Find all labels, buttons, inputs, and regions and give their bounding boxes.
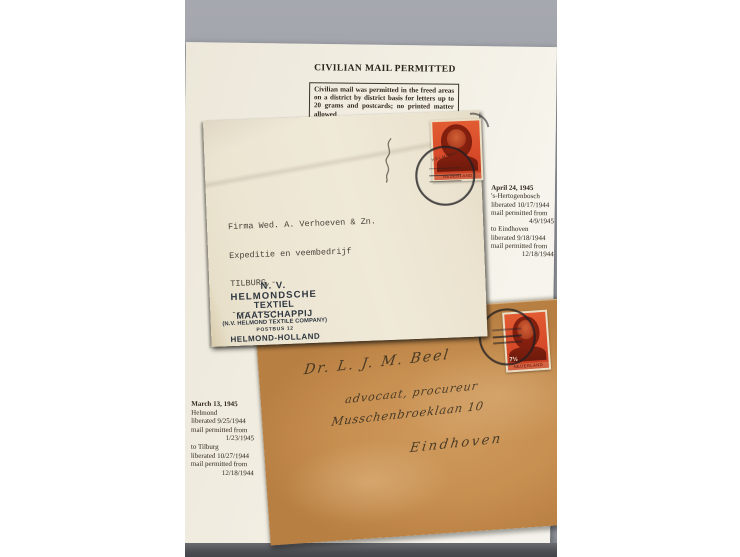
envelope-helmond-tilburg: Firma Wed. A. Verhoeven & Zn. Expeditie … <box>203 110 487 346</box>
typed-address-line: Firma Wed. A. Verhoeven & Zn. <box>228 217 376 232</box>
typed-address-line: Expeditie en veembedrijf <box>229 246 377 261</box>
note-march-1945: March 13, 1945 Helmond liberated 9/25/19… <box>191 400 256 478</box>
note-line: 12/18/1944 <box>191 469 255 478</box>
note-line: 's-Hertogenbosch <box>491 192 555 201</box>
note-line: liberated 9/25/1944 <box>191 417 255 426</box>
note-line: mail permitted from <box>491 209 555 218</box>
note-date: March 13, 1945 <box>191 400 255 409</box>
table-background <box>185 543 557 557</box>
note-line: to Eindhoven <box>491 225 555 234</box>
pencil-mark <box>377 135 401 184</box>
note-line: mail permitted from <box>191 426 255 435</box>
note-line: 12/18/1944 <box>491 250 555 259</box>
note-line: mail permitted from <box>191 460 255 469</box>
note-april-1945: April 24, 1945 's-Hertogenbosch liberate… <box>491 184 556 259</box>
handwritten-line: Eindhoven <box>409 431 504 456</box>
note-line: to Tilburg <box>191 443 255 452</box>
exhibit-photo: CIVILIAN MAIL PERMITTED Civilian mail wa… <box>185 0 557 557</box>
note-line: mail permitted from <box>491 242 555 251</box>
sender-imprint: N. V. HELMONDSCHE TEXTIEL MAATSCHAPPIJ (… <box>219 279 329 344</box>
note-line: liberated 10/17/1944 <box>491 200 555 209</box>
handwritten-line: Dr. L. J. M. Beel <box>303 347 451 378</box>
